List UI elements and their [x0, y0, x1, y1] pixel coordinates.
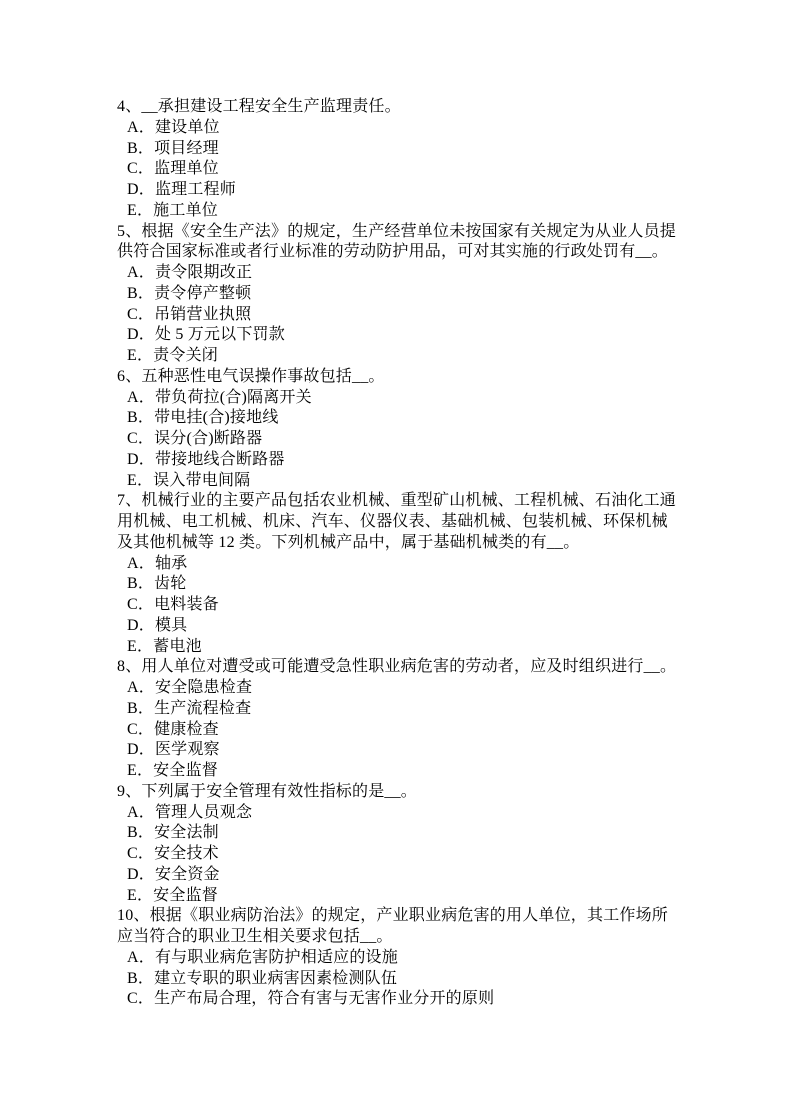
- question-block: 4、__承担建设工程安全生产监理责任。A．建设单位B．项目经理C．监理单位D．监…: [117, 97, 717, 222]
- option-line: E．误入带电间隔: [117, 471, 717, 492]
- option-line: C．监理单位: [117, 159, 717, 180]
- option-line: C．电料装备: [117, 595, 717, 616]
- option-line: C．健康检查: [117, 720, 717, 741]
- option-line: B．安全法制: [117, 823, 717, 844]
- question-stem-line: 应当符合的职业卫生相关要求包括__。: [117, 927, 717, 948]
- option-line: A．轴承: [117, 554, 717, 575]
- option-line: B．生产流程检查: [117, 699, 717, 720]
- document-page: 4、__承担建设工程安全生产监理责任。A．建设单位B．项目经理C．监理单位D．监…: [0, 0, 792, 1120]
- option-line: A．责令限期改正: [117, 263, 717, 284]
- option-line: C．误分(合)断路器: [117, 429, 717, 450]
- option-line: B．建立专职的职业病害因素检测队伍: [117, 969, 717, 990]
- option-line: E．安全监督: [117, 761, 717, 782]
- question-stem-line: 5、根据《安全生产法》的规定，生产经营单位未按国家有关规定为从业人员提: [117, 222, 717, 243]
- questions-list: 4、__承担建设工程安全生产监理责任。A．建设单位B．项目经理C．监理单位D．监…: [117, 97, 717, 1010]
- option-line: E．责令关闭: [117, 346, 717, 367]
- option-line: D．处 5 万元以下罚款: [117, 325, 717, 346]
- question-block: 5、根据《安全生产法》的规定，生产经营单位未按国家有关规定为从业人员提供符合国家…: [117, 222, 717, 367]
- question-stem-line: 7、机械行业的主要产品包括农业机械、重型矿山机械、工程机械、石油化工通: [117, 491, 717, 512]
- question-block: 7、机械行业的主要产品包括农业机械、重型矿山机械、工程机械、石油化工通用机械、电…: [117, 491, 717, 657]
- question-stem-line: 8、用人单位对遭受或可能遭受急性职业病危害的劳动者，应及时组织进行__。: [117, 657, 717, 678]
- option-line: D．医学观察: [117, 740, 717, 761]
- option-line: A．带负荷拉(合)隔离开关: [117, 388, 717, 409]
- option-line: C．吊销营业执照: [117, 305, 717, 326]
- option-line: B．带电挂(合)接地线: [117, 408, 717, 429]
- option-line: E．蓄电池: [117, 637, 717, 658]
- option-line: D．模具: [117, 616, 717, 637]
- option-line: C．生产布局合理，符合有害与无害作业分开的原则: [117, 989, 717, 1010]
- option-line: A．管理人员观念: [117, 803, 717, 824]
- question-block: 8、用人单位对遭受或可能遭受急性职业病危害的劳动者，应及时组织进行__。A．安全…: [117, 657, 717, 782]
- option-line: D．带接地线合断路器: [117, 450, 717, 471]
- question-stem-line: 供符合国家标准或者行业标准的劳动防护用品，可对其实施的行政处罚有__。: [117, 242, 717, 263]
- question-block: 9、下列属于安全管理有效性指标的是__。A．管理人员观念B．安全法制C．安全技术…: [117, 782, 717, 907]
- option-line: B．责令停产整顿: [117, 284, 717, 305]
- question-stem-line: 及其他机械等 12 类。下列机械产品中，属于基础机械类的有__。: [117, 533, 717, 554]
- question-stem-line: 10、根据《职业病防治法》的规定，产业职业病危害的用人单位，其工作场所: [117, 906, 717, 927]
- option-line: B．项目经理: [117, 139, 717, 160]
- option-line: A．建设单位: [117, 118, 717, 139]
- question-stem-line: 9、下列属于安全管理有效性指标的是__。: [117, 782, 717, 803]
- question-stem-line: 用机械、电工机械、机床、汽车、仪器仪表、基础机械、包装机械、环保机械: [117, 512, 717, 533]
- option-line: D．监理工程师: [117, 180, 717, 201]
- option-line: B．齿轮: [117, 574, 717, 595]
- option-line: A．有与职业病危害防护相适应的设施: [117, 948, 717, 969]
- option-line: E．施工单位: [117, 201, 717, 222]
- question-stem-line: 6、五种恶性电气误操作事故包括__。: [117, 367, 717, 388]
- option-line: D．安全资金: [117, 865, 717, 886]
- option-line: E．安全监督: [117, 886, 717, 907]
- option-line: C．安全技术: [117, 844, 717, 865]
- option-line: A．安全隐患检查: [117, 678, 717, 699]
- question-stem-line: 4、__承担建设工程安全生产监理责任。: [117, 97, 717, 118]
- question-block: 6、五种恶性电气误操作事故包括__。A．带负荷拉(合)隔离开关B．带电挂(合)接…: [117, 367, 717, 492]
- question-block: 10、根据《职业病防治法》的规定，产业职业病危害的用人单位，其工作场所应当符合的…: [117, 906, 717, 1010]
